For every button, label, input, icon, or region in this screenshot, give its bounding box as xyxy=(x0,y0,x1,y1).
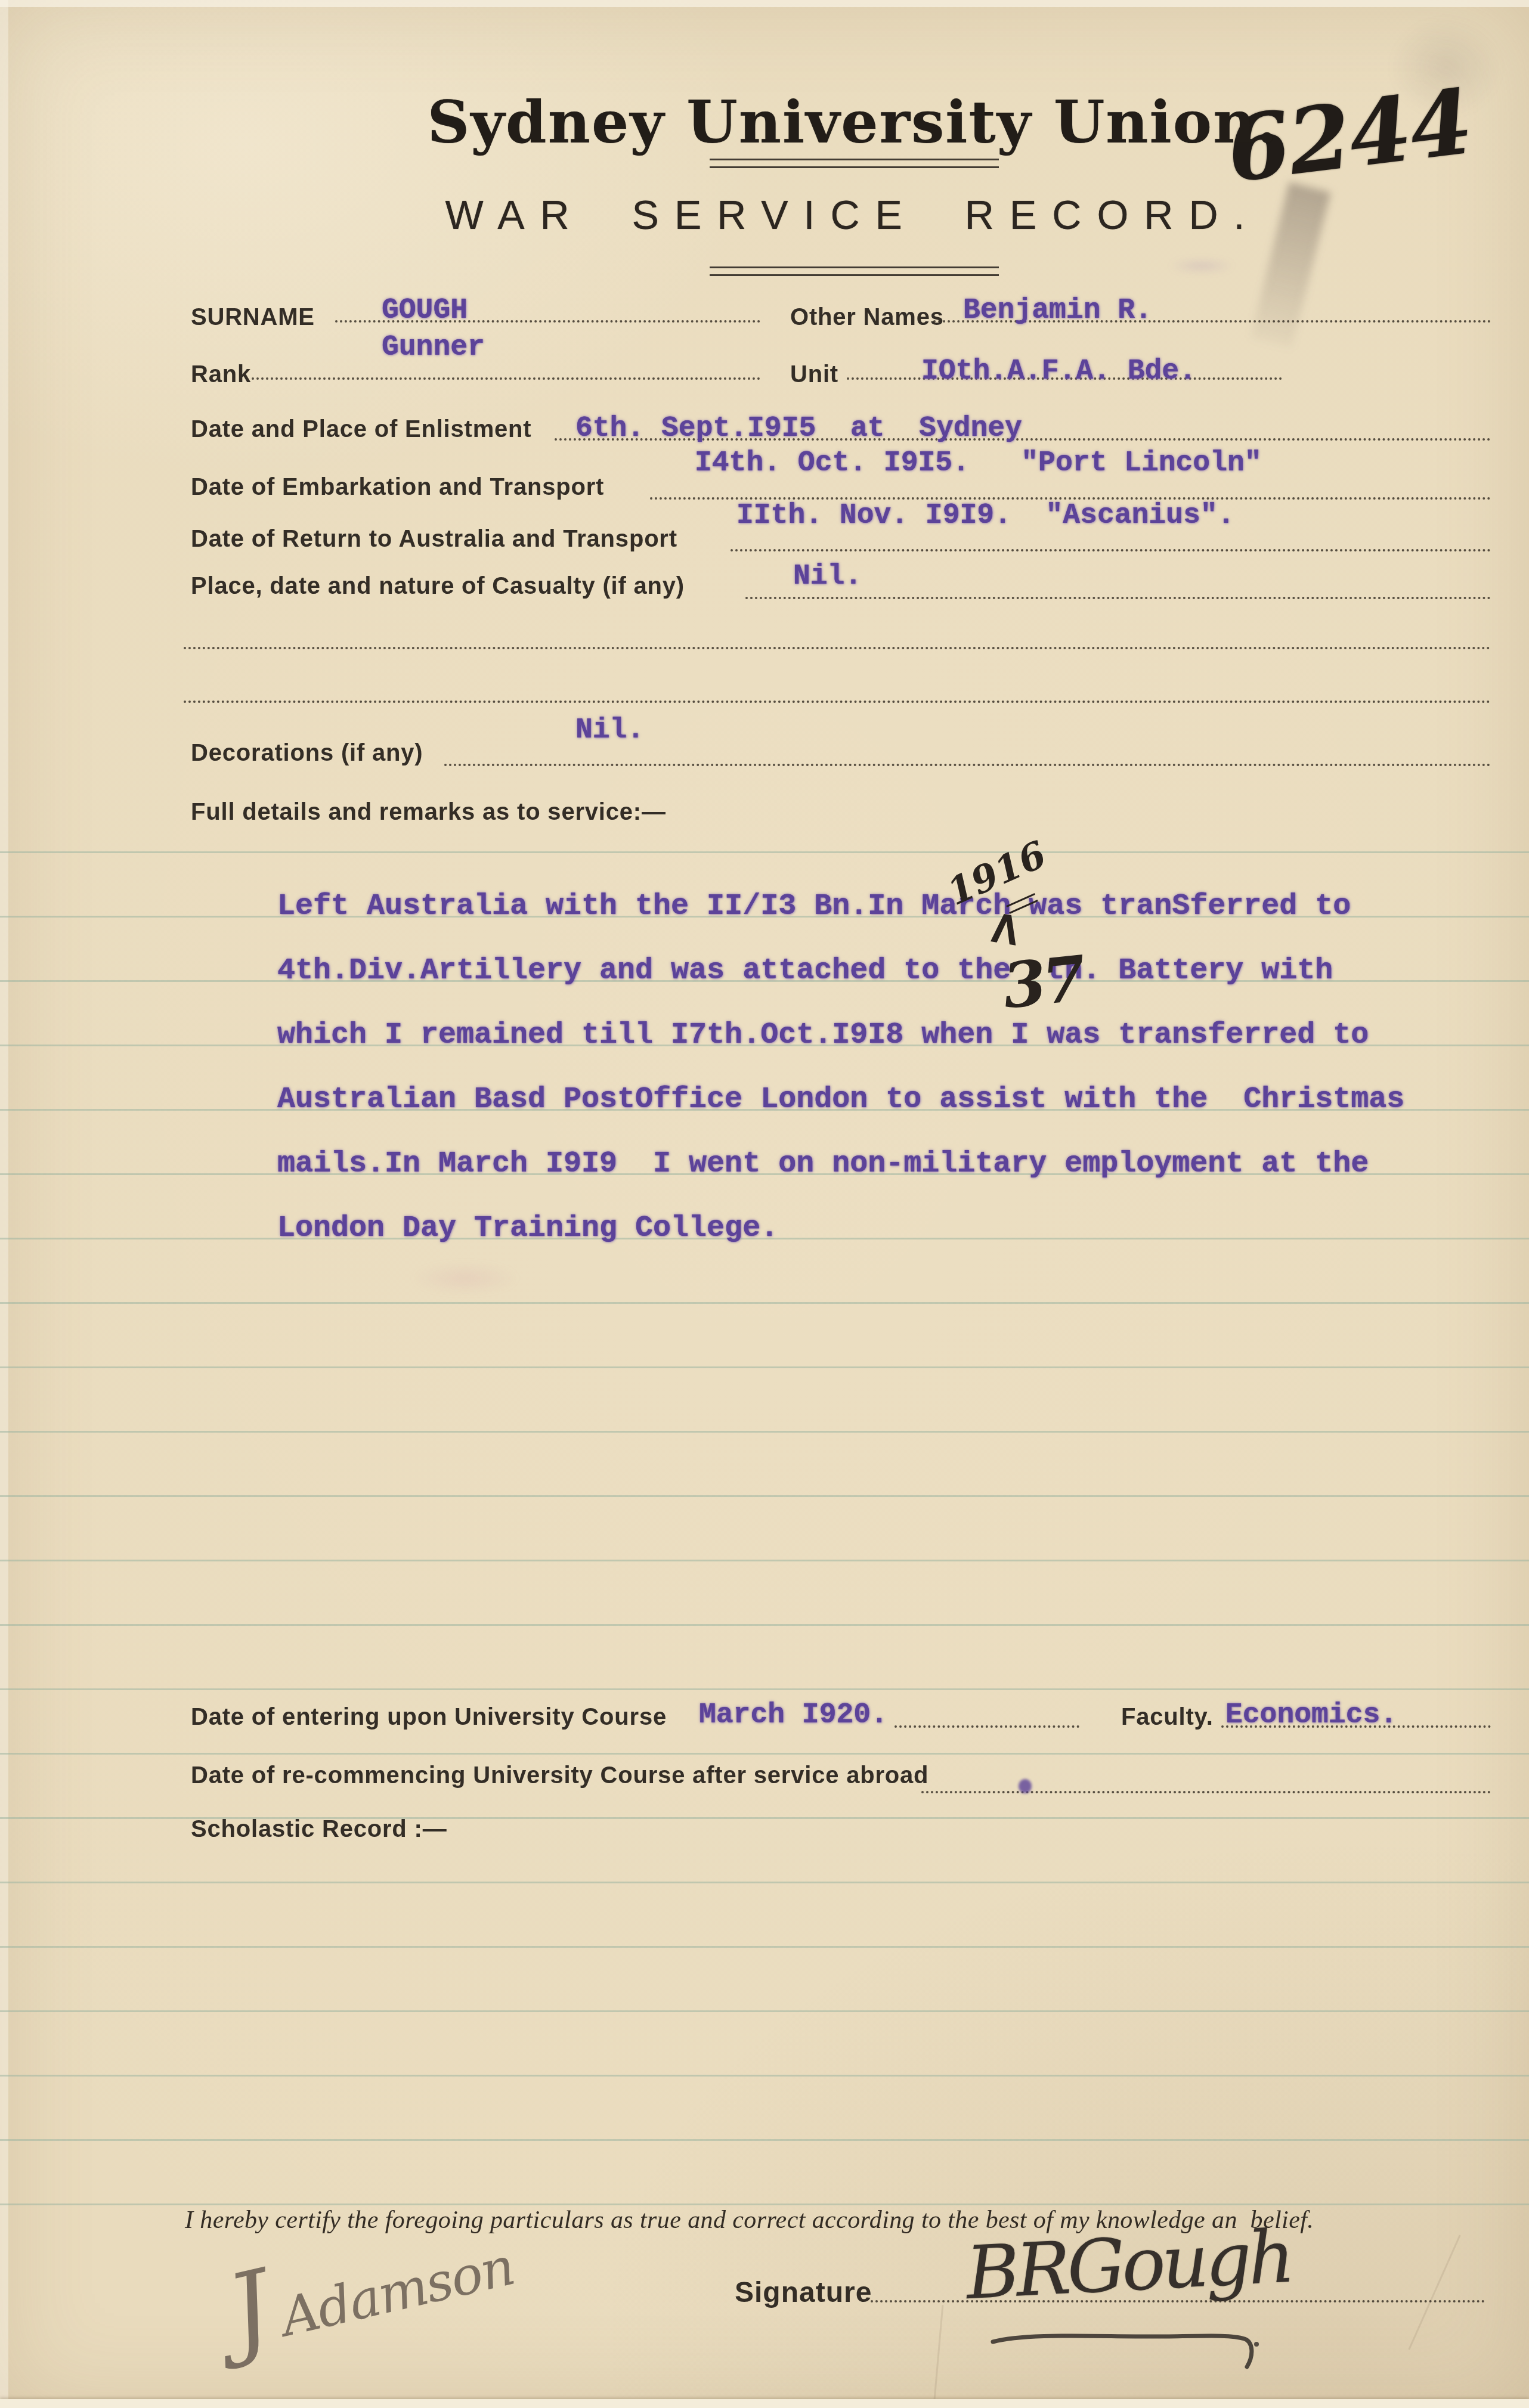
unit-label: Unit xyxy=(790,361,838,388)
entering-course-label: Date of entering upon University Course xyxy=(191,1704,667,1731)
other-names-value: Benjamin R. xyxy=(963,295,1152,327)
other-names-label: Other Names xyxy=(790,304,944,331)
service-details-label: Full details and remarks as to service:— xyxy=(191,799,666,826)
unit-value: IOth.A.F.A. Bde. xyxy=(921,355,1196,388)
embarkation-value: I4th. Oct. I9I5. "Port Lincoln" xyxy=(695,447,1262,479)
decorations-value: Nil. xyxy=(575,714,644,746)
paper-crease xyxy=(1408,2235,1460,2350)
casualty-label: Place, date and nature of Casualty (if a… xyxy=(191,573,685,600)
recommencing-dotted-line xyxy=(921,1791,1491,1793)
embarkation-label: Date of Embarkation and Transport xyxy=(191,474,604,501)
rank-label: Rank xyxy=(191,361,251,388)
rank-dotted-line xyxy=(252,377,760,380)
surname-label: SURNAME xyxy=(191,304,315,331)
enlistment-value: 6th. Sept.I9I5 at Sydney xyxy=(575,413,1022,445)
service-line: London Day Training College. xyxy=(277,1211,778,1245)
recommencing-label: Date of re-commencing University Course … xyxy=(191,1762,928,1789)
service-line: Australian Basd PostOffice London to ass… xyxy=(277,1083,1404,1117)
service-line: 4th.Div.Artillery and was attached to th… xyxy=(277,954,1333,988)
paper-edge-top xyxy=(0,0,1529,7)
surname-value: GOUGH xyxy=(382,295,468,327)
document-title: WAR SERVICE RECORD. xyxy=(197,192,1509,238)
casualty-value: Nil. xyxy=(793,560,862,593)
return-value: IIth. Nov. I9I9. "Ascanius". xyxy=(736,500,1234,532)
member-signature: BRGough xyxy=(964,2214,1293,2316)
service-line: which I remained till I7th.Oct.I9I8 when… xyxy=(277,1018,1369,1052)
purple-smear xyxy=(1169,260,1234,272)
paper-crease xyxy=(933,2305,944,2406)
enlistment-label: Date and Place of Enlistment xyxy=(191,416,531,443)
return-label: Date of Return to Australia and Transpor… xyxy=(191,526,677,553)
signature-label: Signature xyxy=(735,2276,872,2309)
casualty-dotted-line xyxy=(745,597,1491,599)
entering-course-value: March I920. xyxy=(699,1699,888,1731)
paper-edge-left xyxy=(0,0,8,2408)
faculty-value: Economics. xyxy=(1225,1699,1397,1731)
rank-value: Gunner xyxy=(382,331,485,364)
divider-rule xyxy=(710,159,999,168)
scholastic-record-label: Scholastic Record :— xyxy=(191,1816,447,1843)
war-service-record-document: 6244 Sydney University Union. WAR SERVIC… xyxy=(0,0,1529,2408)
service-line: mails.In March I9I9 I went on non-milita… xyxy=(277,1147,1369,1181)
paper-edge-bottom xyxy=(0,2399,1529,2408)
organisation-title: Sydney University Union. xyxy=(197,88,1509,157)
pink-stain xyxy=(411,1263,519,1294)
entering-course-dotted-line xyxy=(895,1725,1079,1728)
divider-rule xyxy=(710,266,999,276)
faculty-label: Faculty. xyxy=(1121,1704,1214,1731)
handwritten-battery-correction: 37 xyxy=(999,941,1086,1022)
blank-dotted-line xyxy=(184,647,1491,649)
signature-flourish xyxy=(987,2318,1267,2375)
blank-dotted-line xyxy=(184,701,1491,703)
decorations-label: Decorations (if any) xyxy=(191,740,423,767)
return-dotted-line xyxy=(731,549,1491,551)
ruled-lines xyxy=(0,851,1529,2205)
service-line: Left Australia with the II/I3 Bn.In Marc… xyxy=(277,890,1351,923)
recommencing-ink-mark xyxy=(1019,1779,1032,1793)
decorations-dotted-line xyxy=(444,764,1491,766)
